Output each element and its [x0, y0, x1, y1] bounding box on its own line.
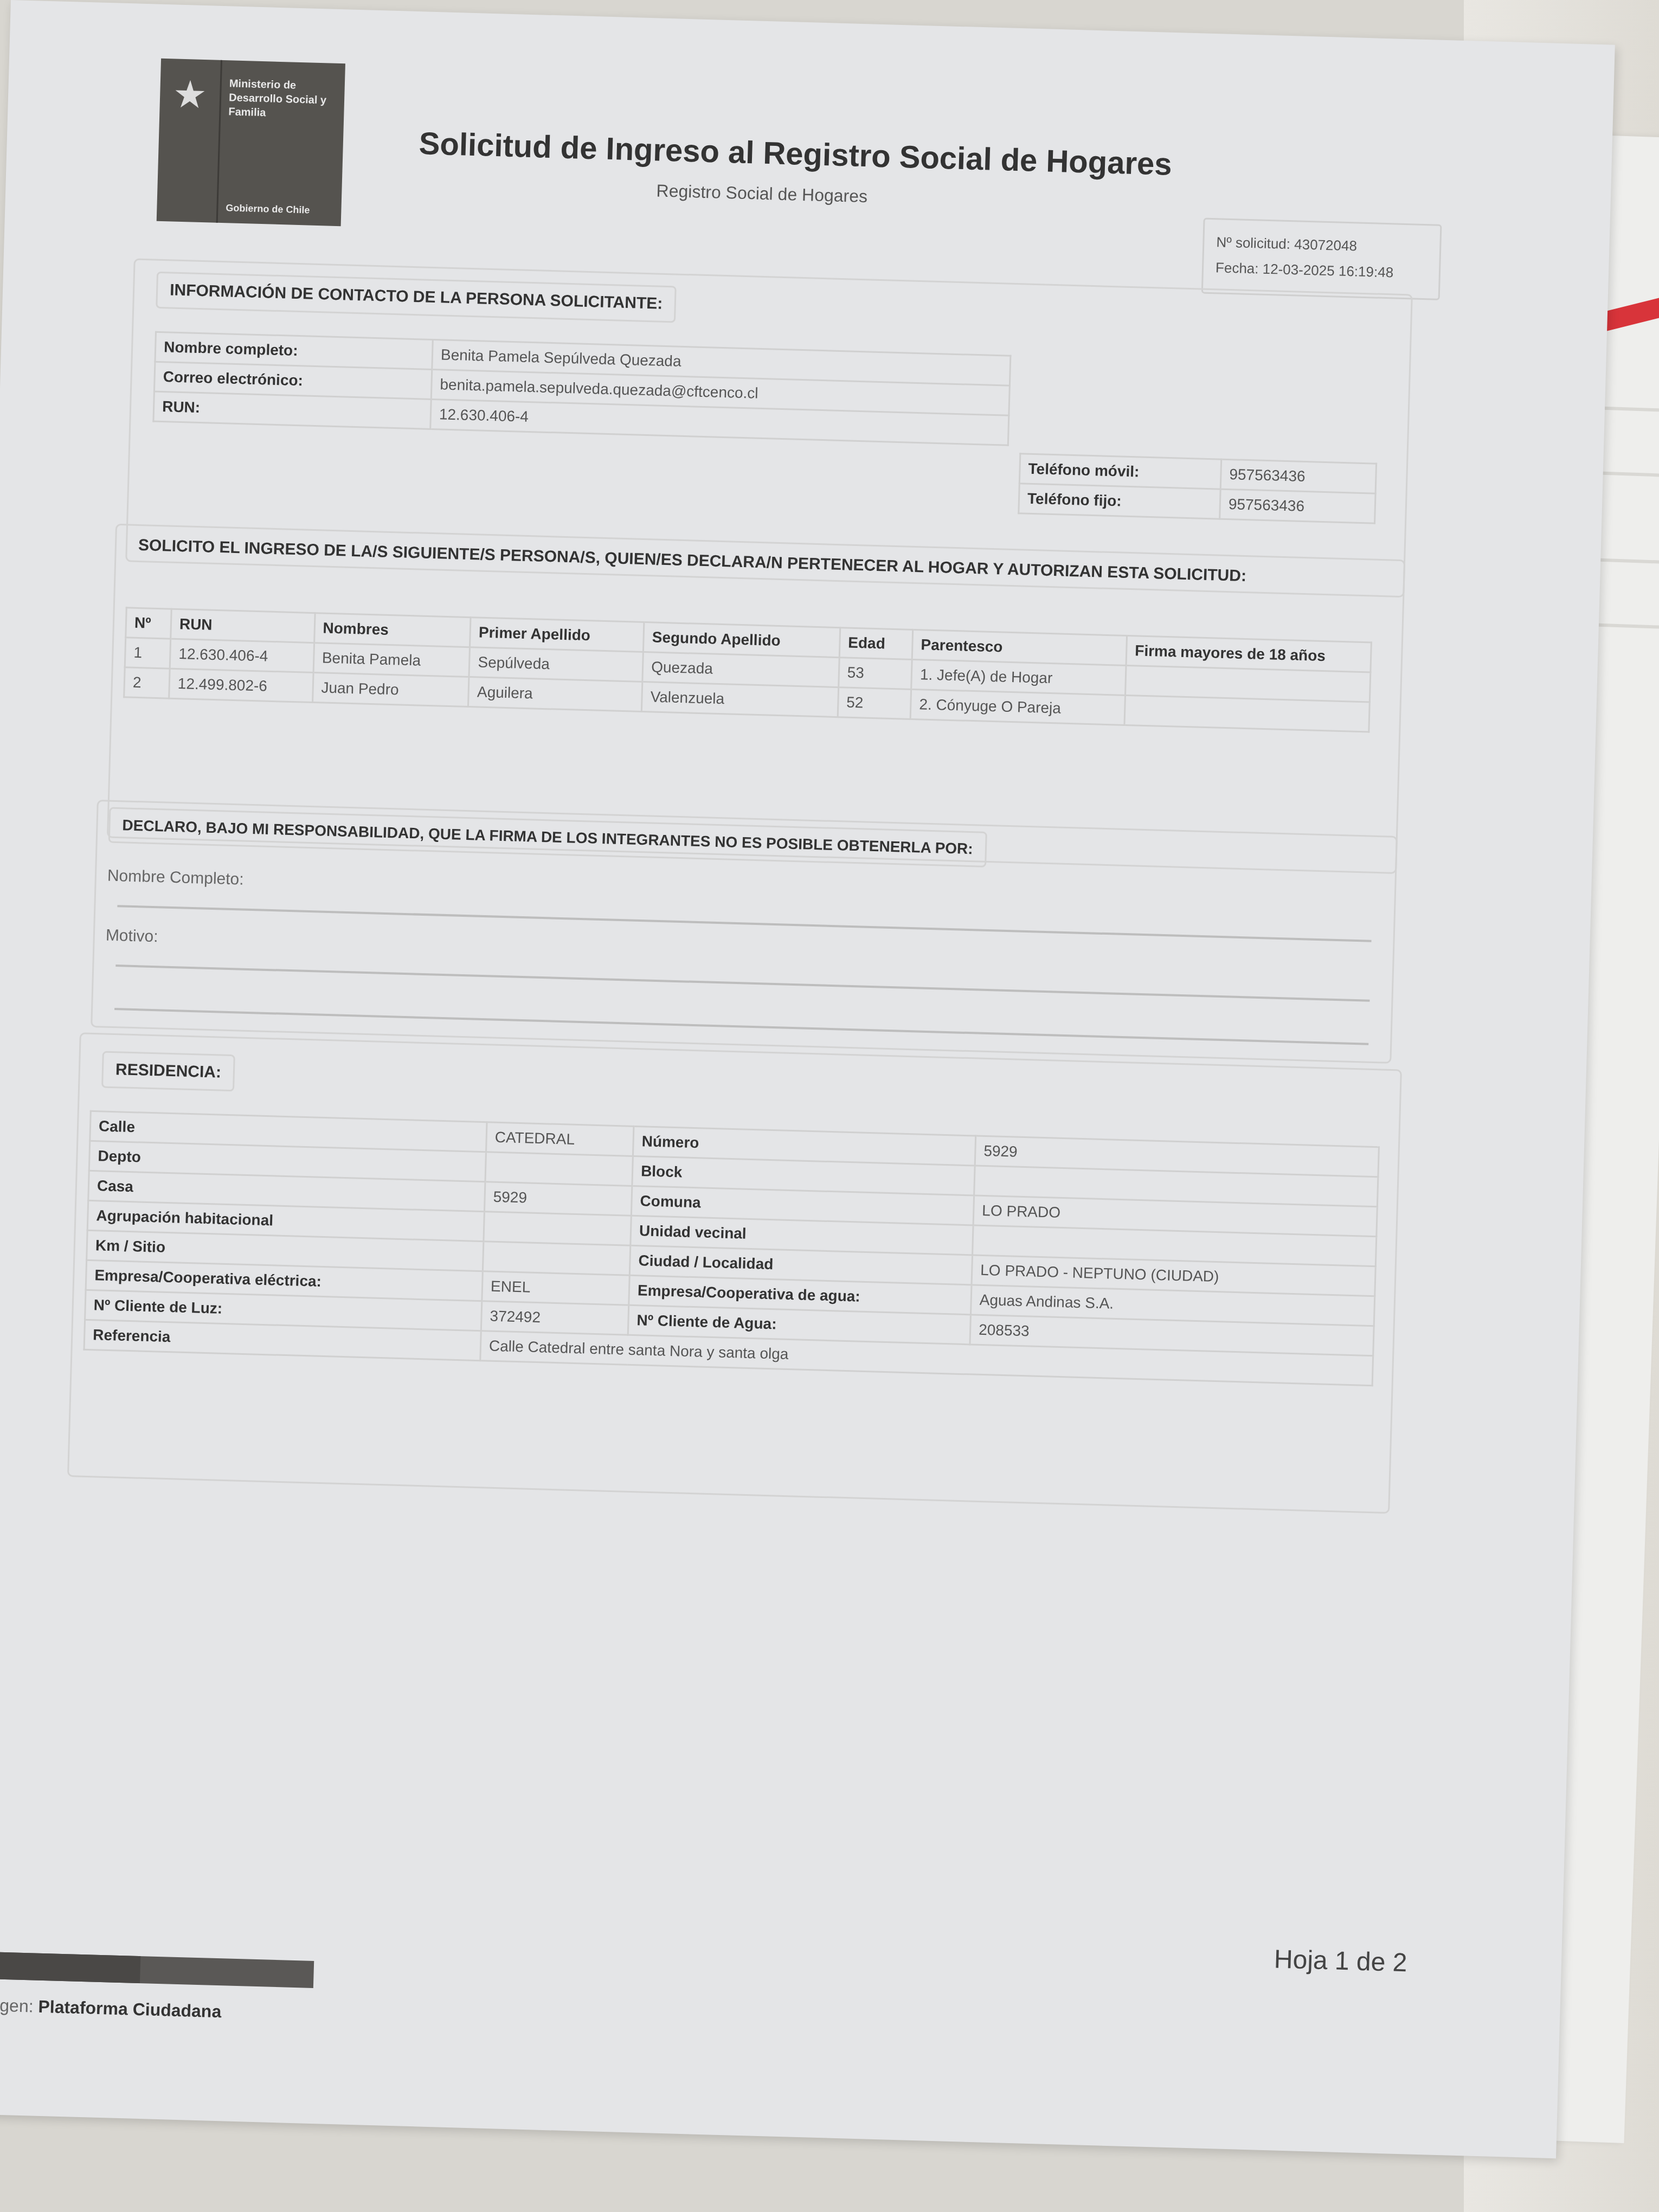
- logo-footer: Gobierno de Chile: [226, 202, 310, 217]
- residence-title: RESIDENCIA:: [101, 1051, 235, 1091]
- residence-table: CalleCATEDRALNúmero5929 DeptoBlock Casa5…: [83, 1110, 1380, 1386]
- motivo-label: Motivo:: [105, 927, 158, 947]
- government-logo: ★ Ministerio de Desarrollo Social y Fami…: [157, 59, 345, 226]
- origin-label: Origen:: [0, 1995, 34, 2016]
- landline-value: 957563436: [1220, 489, 1375, 523]
- signature-cell: [1124, 695, 1369, 732]
- phone-table: Teléfono móvil:957563436 Teléfono fijo:9…: [1018, 453, 1377, 524]
- origin-text: Origen: Plataforma Ciudadana: [0, 1995, 222, 2022]
- solicitud-info-box: Nº solicitud: 43072048 Fecha: 12-03-2025…: [1201, 218, 1442, 300]
- footer-barcode-bar: [0, 1952, 314, 1988]
- nombre-completo-line: [117, 905, 1371, 942]
- solicitud-label: Nº solicitud:: [1216, 234, 1290, 252]
- logo-text: Ministerio de Desarrollo Social y Famili…: [228, 78, 326, 119]
- origin-value: Plataforma Ciudadana: [38, 1997, 222, 2021]
- fecha-value: 12-03-2025 16:19:48: [1262, 260, 1393, 280]
- mobile-phone-value: 957563436: [1220, 459, 1376, 493]
- star-icon: ★: [169, 75, 207, 222]
- page-number: Hoja 1 de 2: [1274, 1944, 1407, 1978]
- page-subtitle: Registro Social de Hogares: [656, 181, 867, 207]
- document-page: ★ Ministerio de Desarrollo Social y Fami…: [0, 0, 1615, 2158]
- contact-section-title: INFORMACIÓN DE CONTACTO DE LA PERSONA SO…: [156, 272, 677, 323]
- nombre-completo-label: Nombre Completo:: [107, 867, 244, 889]
- motivo-line: [115, 964, 1369, 1002]
- members-table: Nº RUN Nombres Primer Apellido Segundo A…: [123, 607, 1372, 732]
- declaration-section: DECLARO, BAJO MI RESPONSABILIDAD, QUE LA…: [91, 800, 1398, 1064]
- residence-section: RESIDENCIA: CalleCATEDRALNúmero5929 Dept…: [67, 1032, 1402, 1514]
- contact-table: Nombre completo:Benita Pamela Sepúlveda …: [152, 331, 1011, 446]
- fecha-label: Fecha:: [1216, 259, 1259, 276]
- solicitud-number: 43072048: [1294, 236, 1357, 254]
- page-title: Solicitud de Ingreso al Registro Social …: [419, 125, 1172, 183]
